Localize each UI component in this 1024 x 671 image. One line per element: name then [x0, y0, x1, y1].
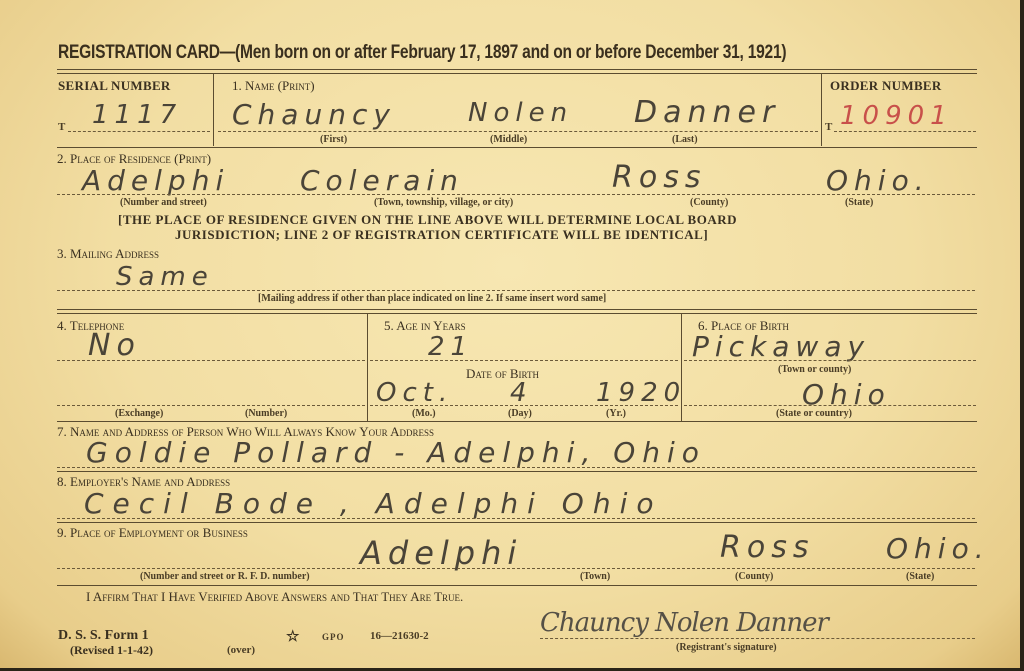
order-number-value: 10901: [840, 101, 953, 131]
divider: [57, 313, 977, 314]
middle-caption: (Middle): [490, 134, 527, 145]
contact-value: Goldie Pollard - Adelphi, Ohio: [86, 436, 706, 469]
signature-caption: (Registrant's signature): [676, 642, 777, 653]
mailing-caption: [Mailing address if other than place ind…: [258, 293, 606, 304]
dob-day: 4: [510, 378, 533, 408]
dotted-line: [57, 518, 975, 519]
dotted-line: [684, 405, 976, 406]
dotted-line: [57, 568, 975, 569]
residence-county: Ross: [612, 160, 706, 195]
employment-state: Ohio.: [886, 532, 990, 565]
dotted-line: [57, 405, 365, 406]
name-last: Danner: [634, 95, 780, 130]
divider: [57, 147, 977, 148]
employment-street-caption: (Number and street or R. F. D. number): [140, 571, 310, 582]
divider: [821, 74, 822, 146]
registration-card: REGISTRATION CARD—(Men born on or after …: [0, 0, 1020, 668]
form-number: D. S. S. Form 1: [58, 628, 149, 644]
serial-number-label: SERIAL NUMBER: [58, 78, 171, 94]
age-value: 21: [428, 332, 473, 362]
serial-number-value: 1117: [92, 100, 182, 130]
registrant-signature: Chauncy Nolen Danner: [540, 608, 828, 638]
dotted-line: [68, 131, 210, 132]
street-caption: (Number and street): [120, 197, 207, 208]
exchange-caption: (Exchange): [115, 408, 163, 419]
divider: [57, 309, 977, 310]
gpo-mark: GPO: [322, 632, 345, 642]
birthplace-state-caption: (State or country): [776, 408, 852, 419]
over-note: (over): [227, 644, 255, 656]
county-caption: (County): [690, 197, 728, 208]
state-caption: (State): [845, 197, 873, 208]
residence-street: Adelphi: [82, 164, 229, 197]
employment-state-caption: (State): [906, 571, 934, 582]
dotted-line: [57, 467, 975, 468]
dotted-line: [370, 360, 678, 361]
residence-town: Colerain: [300, 164, 464, 197]
serial-prefix: T: [58, 121, 65, 133]
dotted-line: [57, 360, 365, 361]
employment-county: Ross: [720, 530, 814, 565]
residence-notice-line1: [THE PLACE OF RESIDENCE GIVEN ON THE LIN…: [118, 212, 737, 227]
birthplace-state: Ohio: [802, 378, 891, 411]
divider: [367, 314, 368, 421]
month-caption: (Mo.): [412, 408, 436, 419]
signature-line: [540, 638, 975, 639]
dotted-line: [684, 360, 976, 361]
mailing-address-label: 3. Mailing Address: [57, 246, 159, 262]
card-title: REGISTRATION CARD—(Men born on or after …: [58, 42, 786, 64]
divider: [213, 74, 214, 146]
employment-label: 9. Place of Employment or Business: [57, 525, 248, 541]
gpo-code: 16—21630-2: [370, 630, 429, 642]
birthplace-town-caption: (Town or county): [778, 364, 851, 375]
residence-notice-line2: JURISDICTION; LINE 2 OF REGISTRATION CER…: [175, 227, 708, 242]
name-middle: Nolen: [468, 98, 573, 128]
dob-month: Oct.: [376, 378, 453, 408]
name-first: Chauncy: [232, 98, 396, 131]
divider: [57, 421, 977, 422]
birthplace-town: Pickaway: [692, 330, 870, 363]
employer-value: Cecil Bode , Adelphi Ohio: [84, 487, 663, 520]
last-caption: (Last): [672, 134, 698, 145]
employment-county-caption: (County): [735, 571, 773, 582]
affirmation-text: I Affirm That I Have Verified Above Answ…: [86, 589, 463, 605]
dotted-line: [57, 290, 975, 291]
form-revised: (Revised 1-1-42): [70, 643, 153, 658]
divider: [57, 585, 977, 586]
star-icon: ☆: [286, 627, 299, 646]
name-label: 1. Name (Print): [232, 78, 315, 94]
day-caption: (Day): [508, 408, 532, 419]
dotted-line: [57, 194, 975, 195]
dob-year: 1920: [596, 378, 686, 408]
town-caption: (Town, township, village, or city): [374, 197, 513, 208]
telephone-value: No: [88, 328, 141, 363]
residence-state: Ohio.: [826, 164, 930, 197]
divider: [57, 73, 977, 74]
employment-town-caption: (Town): [580, 571, 610, 582]
dotted-line: [834, 131, 976, 132]
divider: [57, 522, 977, 523]
dotted-line: [370, 405, 678, 406]
order-number-label: ORDER NUMBER: [830, 78, 942, 94]
divider: [57, 471, 977, 472]
first-caption: (First): [320, 134, 347, 145]
year-caption: (Yr.): [606, 408, 626, 419]
mailing-address-value: Same: [116, 262, 214, 292]
dotted-line: [218, 131, 818, 132]
order-prefix: T: [825, 121, 832, 133]
employment-town: Adelphi: [360, 534, 522, 572]
number-caption: (Number): [245, 408, 287, 419]
divider: [57, 69, 977, 70]
